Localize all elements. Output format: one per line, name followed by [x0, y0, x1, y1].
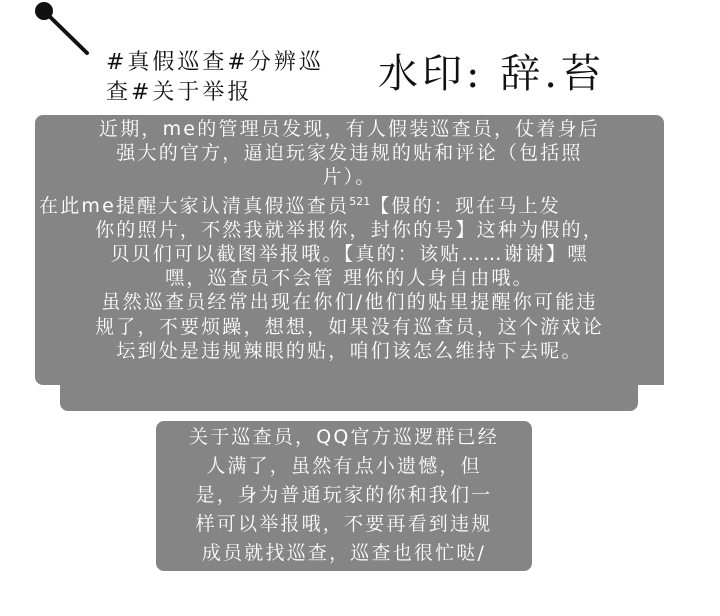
notice-line: 片）。	[35, 165, 664, 189]
notice-block-tail	[60, 380, 638, 411]
notice-line-part: 在此me提醒大家认清真假巡查员	[39, 195, 349, 217]
notice-line: 嘿，巡查员不会管 理你的人身自由哦。	[35, 266, 664, 290]
notice-line-part: 【假的：现在马上发	[370, 195, 561, 217]
notice-line: 虽然巡查员经常出现在你们/他们的贴里提醒你可能违	[35, 290, 664, 314]
superscript-number: 521	[349, 195, 370, 208]
pin-icon	[0, 0, 100, 60]
notice-line: 近期，me的管理员发现，有人假装巡查员，仗着身后	[35, 117, 664, 141]
hashtag-header: #真假巡查#分辨巡 查#关于举报	[106, 48, 366, 108]
qq-notice-line: 是，身为普通玩家的你和我们一	[156, 481, 532, 510]
qq-notice-line: 成员就找巡查，巡查也很忙哒/	[156, 539, 532, 568]
qq-notice-line: 人满了，虽然有点小遗憾，但	[156, 452, 532, 481]
qq-notice-line: 样可以举报哦，不要再看到违规	[156, 510, 532, 539]
hashtag-line-1: #真假巡查#分辨巡	[106, 48, 366, 78]
notice-line: 贝贝们可以截图举报哦。【真的：该贴……谢谢】嘿	[35, 242, 664, 266]
notice-line: 坛到处是违规辣眼的贴，咱们该怎么维持下去呢。	[35, 339, 664, 363]
qq-notice-line: 关于巡查员，QQ官方巡逻群已经	[156, 423, 532, 452]
watermark-label: 水印: 辞.苔	[378, 48, 605, 100]
hashtag-line-2: 查#关于举报	[106, 78, 366, 108]
notice-line: 你的照片，不然我就举报你，封你的号】这种为假的，	[35, 218, 664, 242]
qq-group-notice-block: 关于巡查员，QQ官方巡逻群已经 人满了，虽然有点小遗憾，但 是，身为普通玩家的你…	[156, 421, 532, 571]
notice-line: 强大的官方，逼迫玩家发违规的贴和评论（包括照	[35, 141, 664, 165]
notice-block-text: 近期，me的管理员发现，有人假装巡查员，仗着身后 强大的官方，逼迫玩家发违规的贴…	[35, 117, 664, 363]
notice-line: 在此me提醒大家认清真假巡查员521【假的：现在马上发	[35, 190, 664, 218]
notice-line: 规了，不要烦躁，想想，如果没有巡查员，这个游戏论	[35, 315, 664, 339]
